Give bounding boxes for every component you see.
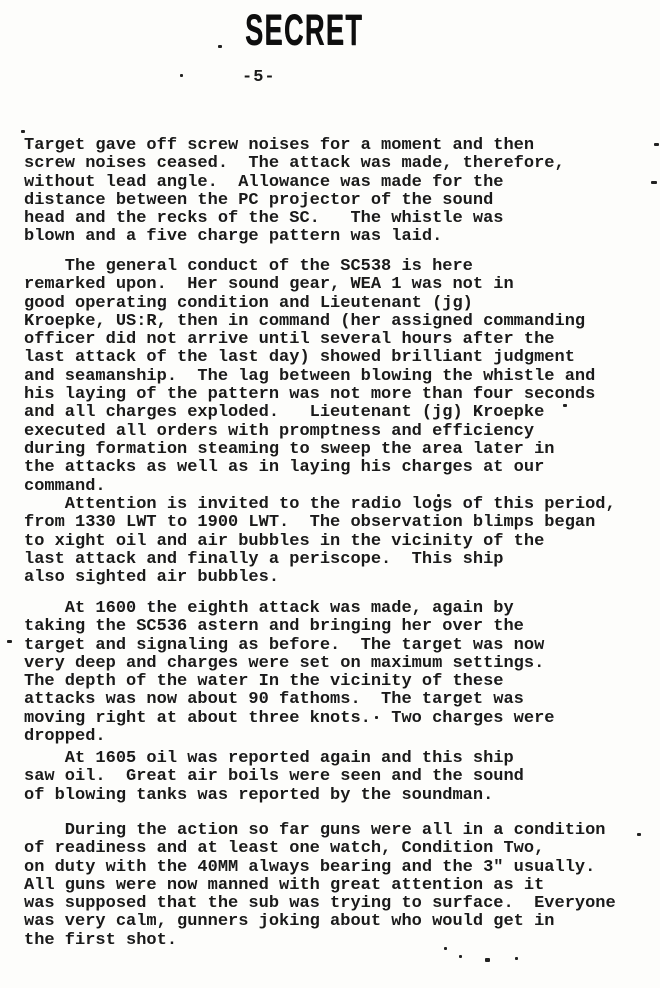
paragraph-guns-condition: During the action so far guns were all i… [24,822,616,950]
scan-speck [637,833,641,836]
scan-speck [7,640,12,643]
scan-speck [21,130,25,133]
scan-speck [444,947,447,950]
paragraph-oil-report: At 1605 oil was reported again and this … [24,750,524,805]
scan-speck [651,181,657,184]
paragraph-eighth-attack: At 1600 the eighth attack was made, agai… [24,600,555,746]
paragraph-general-conduct: The general conduct of the SC538 is here… [24,258,595,496]
paragraph-attack-description: Target gave off screw noises for a momen… [24,137,565,247]
scan-speck [515,957,518,960]
scan-speck [459,955,462,958]
paragraph-radio-logs: Attention is invited to the radio logs o… [24,496,616,587]
scan-speck [485,958,490,962]
classification-stamp: SECRET [245,8,363,53]
scan-speck [218,45,222,48]
scan-speck [375,716,378,719]
scan-speck [180,74,183,77]
page-number: -5- [242,68,276,87]
document-page: SECRET -5- Target gave off screw noises … [0,0,660,988]
scan-speck [563,404,567,407]
scan-speck [437,494,440,497]
scan-speck [654,143,659,146]
